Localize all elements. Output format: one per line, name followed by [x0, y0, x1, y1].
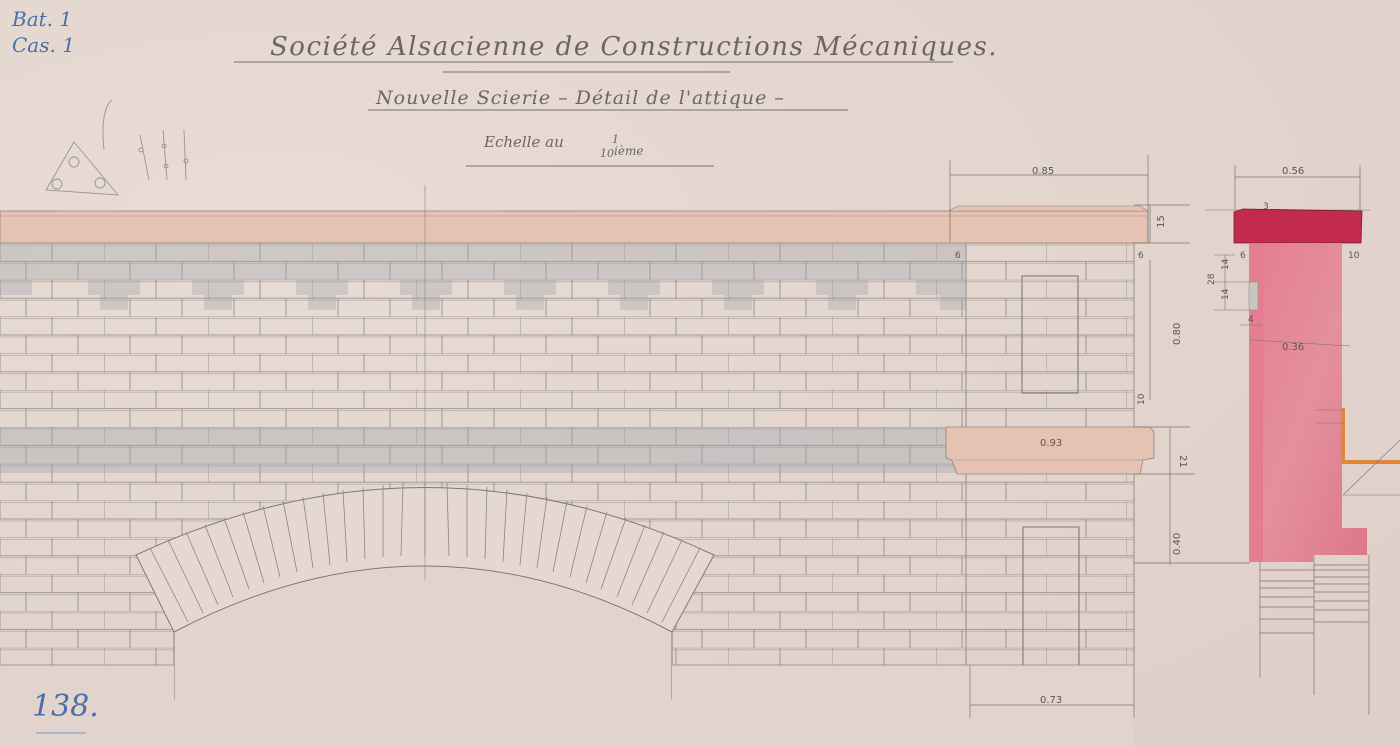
dim-lower-panel: 0.40	[1172, 533, 1183, 555]
dim-offset-left: 6	[955, 251, 961, 261]
drawing-sheet: Bat. 1 Cas. 1 138. Société Alsacienne de…	[0, 0, 1400, 746]
dim-elevation-width: 0.85	[1032, 166, 1054, 177]
margin-sketch	[46, 100, 188, 195]
scale-label: Echelle au	[483, 133, 564, 151]
sheet-number: 138.	[32, 689, 99, 724]
scale-suffix: ième	[614, 144, 643, 158]
dim-upper-panel: 0.80	[1172, 323, 1183, 345]
section-view	[1205, 165, 1400, 715]
dim-section-14a: 14	[1221, 258, 1231, 270]
dim-string-course-height: 21	[1177, 455, 1188, 468]
dim-wall-thickness: 0.36	[1282, 342, 1304, 353]
section-coping	[1234, 209, 1362, 243]
dim-section-offset-right: 10	[1348, 251, 1360, 261]
dim-offset-right: 6	[1138, 251, 1144, 261]
dim-section-4: 4	[1248, 315, 1254, 325]
dim-section-offset-left: 6	[1240, 251, 1246, 261]
dim-cornice-height: 15	[1156, 215, 1167, 228]
company-title: Société Alsacienne de Constructions Méca…	[270, 32, 998, 62]
dim-section-step: 3	[1263, 202, 1269, 212]
drawing-subject: Nouvelle Scierie – Détail de l'attique –	[375, 87, 785, 109]
architectural-drawing: Bat. 1 Cas. 1 138. Société Alsacienne de…	[0, 0, 1400, 746]
dim-panel-gap: 10	[1137, 393, 1147, 405]
dim-section-14b: 14	[1221, 288, 1231, 300]
dim-string-course-width: 0.93	[1040, 438, 1062, 449]
archive-mark-cas: Cas. 1	[12, 33, 75, 57]
scale-denominator: 10	[600, 147, 614, 160]
dim-section-28: 28	[1207, 273, 1217, 285]
orange-reveal	[1343, 408, 1400, 462]
section-wall	[1249, 243, 1367, 562]
title-block	[234, 62, 953, 166]
archive-mark-bat: Bat. 1	[11, 7, 72, 31]
dim-section-width: 0.56	[1282, 166, 1304, 177]
footing-courses	[1260, 555, 1369, 715]
string-course	[946, 427, 1154, 474]
elevation-view	[0, 185, 1154, 746]
dim-pier-width: 0.73	[1040, 695, 1062, 706]
